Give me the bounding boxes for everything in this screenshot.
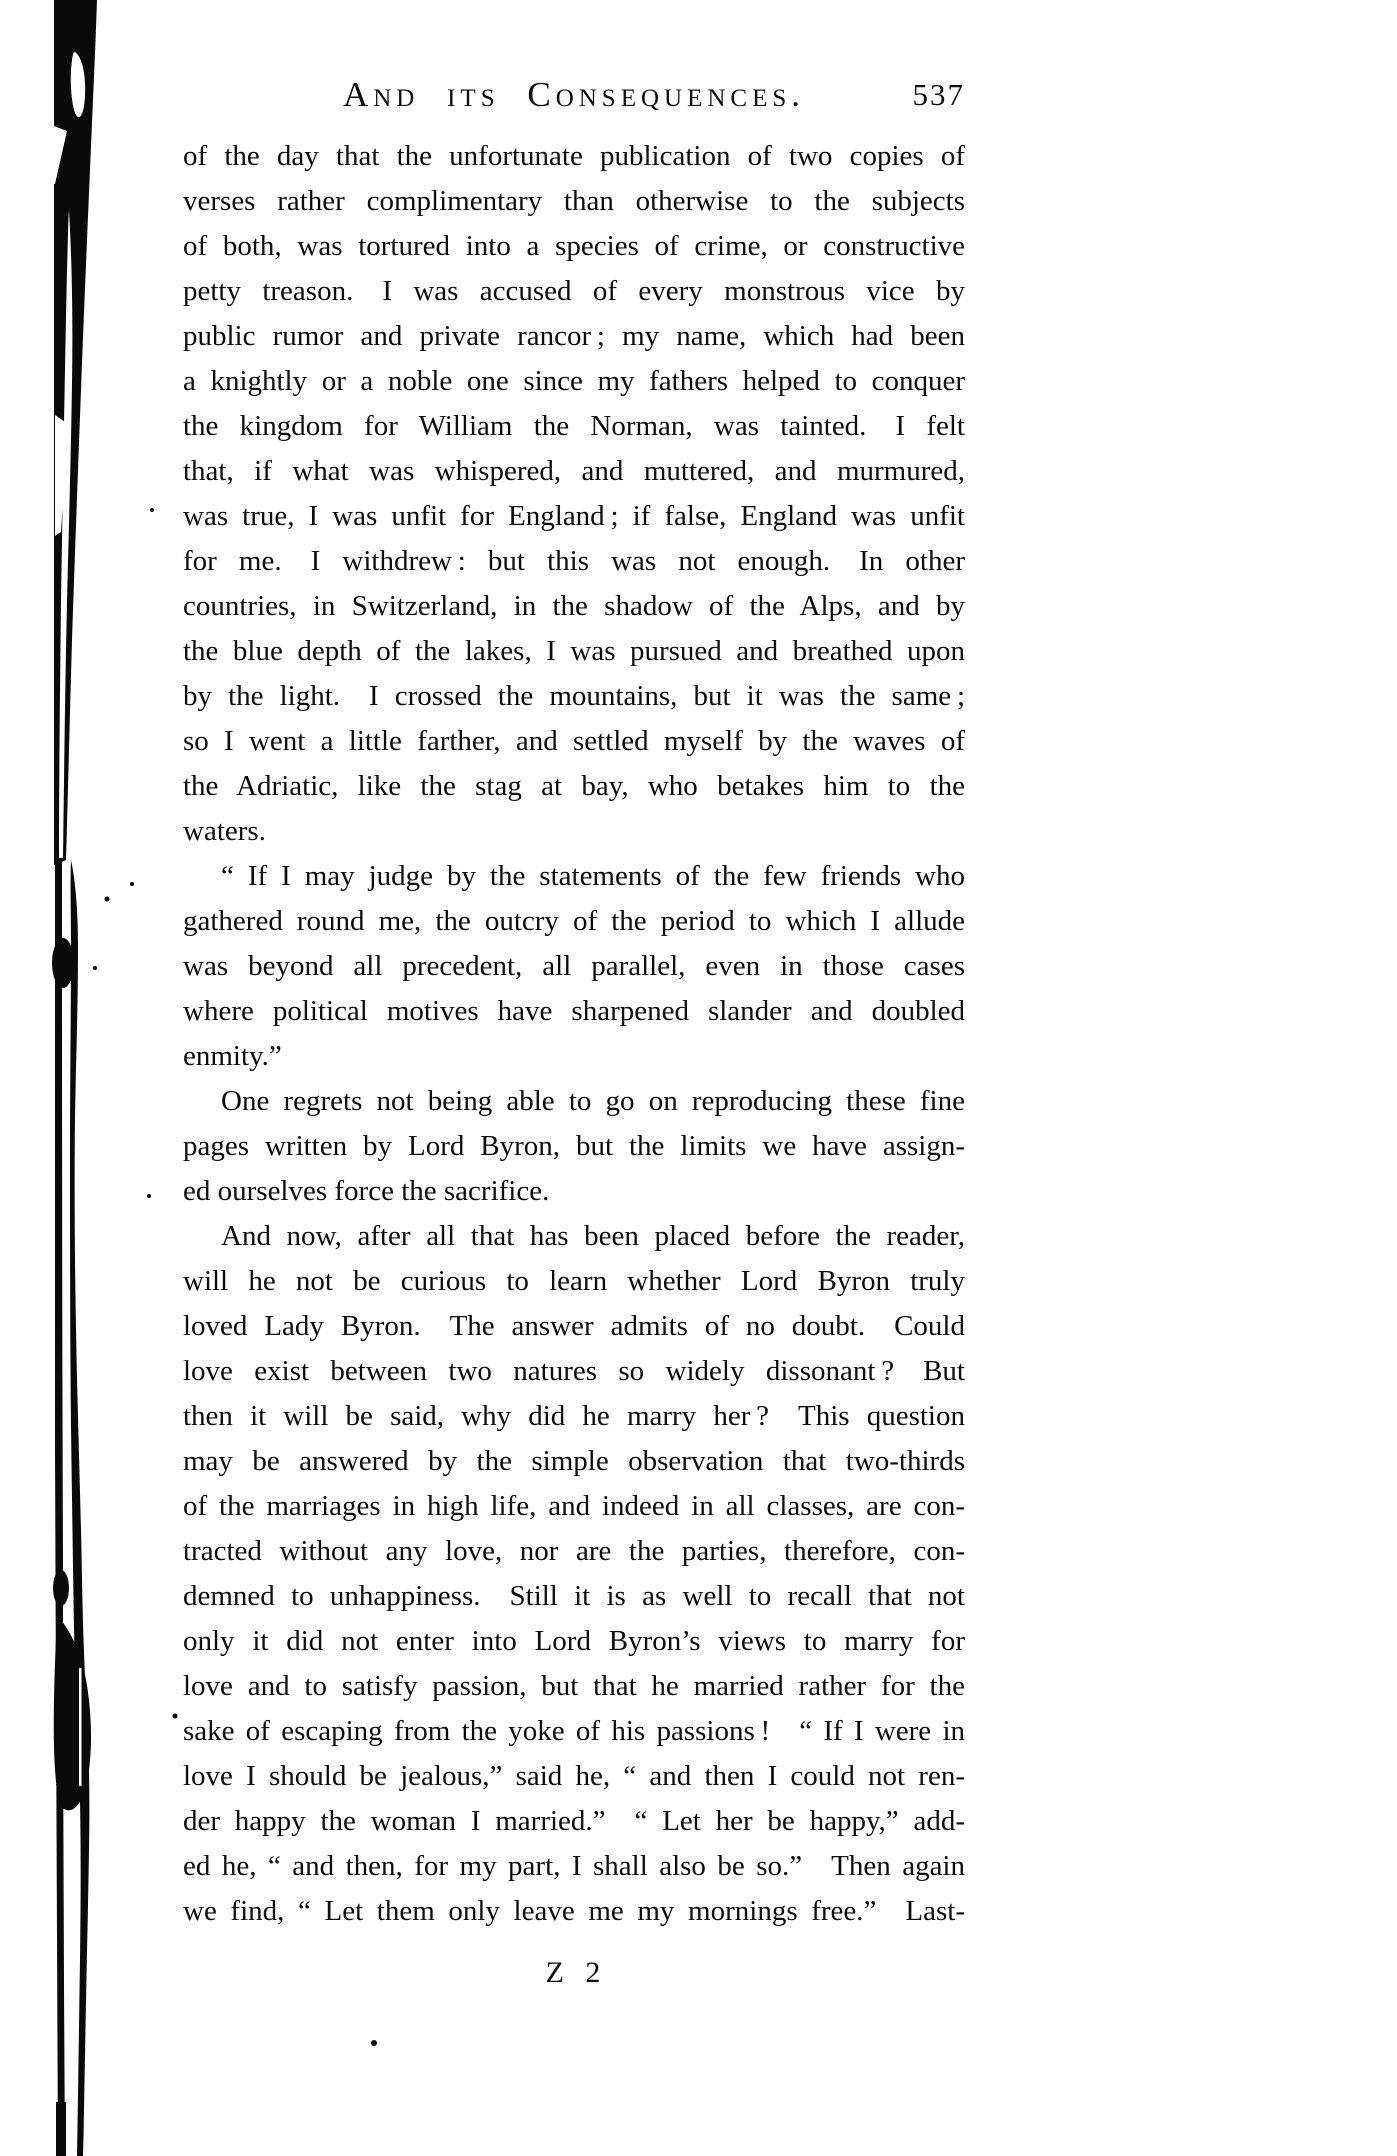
body-text: of the day that the unfortunate publicat…: [183, 134, 965, 1934]
text-line: then it will be said, why did he marry h…: [183, 1394, 965, 1439]
text-line: “ If I may judge by the statements of th…: [183, 854, 965, 899]
text-line: was beyond all precedent, all parallel, …: [183, 944, 965, 989]
text-line: ed ourselves force the sacrifice.: [183, 1169, 965, 1214]
running-header-title: And its Consequences.: [183, 72, 965, 118]
printers-signature: Z 2: [183, 1956, 965, 1990]
text-line: by the light. I crossed the mountains, b…: [183, 674, 965, 719]
text-line: may be answered by the simple observatio…: [183, 1439, 965, 1484]
text-line: a knightly or a noble one since my fathe…: [183, 359, 965, 404]
text-line: countries, in Switzerland, in the shadow…: [183, 584, 965, 629]
text-line: One regrets not being able to go on repr…: [183, 1079, 965, 1124]
text-line: waters.: [183, 809, 965, 854]
text-line: sake of escaping from the yoke of his pa…: [183, 1709, 965, 1754]
text-line: that, if what was whispered, and muttere…: [183, 449, 965, 494]
text-line: demned to unhappiness. Still it is as we…: [183, 1574, 965, 1619]
paragraph: of the day that the unfortunate publicat…: [183, 134, 965, 854]
text-line: verses rather complimentary than otherwi…: [183, 179, 965, 224]
text-line: of the day that the unfortunate publicat…: [183, 134, 965, 179]
text-line: gathered round me, the outcry of the per…: [183, 899, 965, 944]
paragraph: One regrets not being able to go on repr…: [183, 1079, 965, 1214]
text-line: love and to satisfy passion, but that he…: [183, 1664, 965, 1709]
text-line: will he not be curious to learn whether …: [183, 1259, 965, 1304]
text-line: tracted without any love, nor are the pa…: [183, 1529, 965, 1574]
text-line: only it did not enter into Lord Byron’s …: [183, 1619, 965, 1664]
text-line: the kingdom for William the Norman, was …: [183, 404, 965, 449]
text-line: where political motives have sharpened s…: [183, 989, 965, 1034]
text-line: of the marriages in high life, and indee…: [183, 1484, 965, 1529]
text-line: And now, after all that has been placed …: [183, 1214, 965, 1259]
text-line: the Adriatic, like the stag at bay, who …: [183, 764, 965, 809]
text-line: so I went a little farther, and settled …: [183, 719, 965, 764]
paragraph: “ If I may judge by the statements of th…: [183, 854, 965, 1079]
text-line: love exist between two natures so widely…: [183, 1349, 965, 1394]
text-line: we find, “ Let them only leave me my mor…: [183, 1889, 965, 1934]
text-line: love I should be jealous,” said he, “ an…: [183, 1754, 965, 1799]
text-line: public rumor and private rancor ; my nam…: [183, 314, 965, 359]
text-line: was true, I was unfit for England ; if f…: [183, 494, 965, 539]
text-line: for me. I withdrew : but this was not en…: [183, 539, 965, 584]
text-line: ed he, “ and then, for my part, I shall …: [183, 1844, 965, 1889]
text-line: loved Lady Byron. The answer admits of n…: [183, 1304, 965, 1349]
text-line: pages written by Lord Byron, but the lim…: [183, 1124, 965, 1169]
text-line: enmity.”: [183, 1034, 965, 1079]
paragraph: And now, after all that has been placed …: [183, 1214, 965, 1934]
book-page-scan: And its Consequences. 537 of the day tha…: [0, 0, 1397, 2156]
page-number: 537: [913, 72, 966, 118]
text-line: the blue depth of the lakes, I was pursu…: [183, 629, 965, 674]
running-header: And its Consequences. 537: [183, 72, 965, 118]
text-line: petty treason. I was accused of every mo…: [183, 269, 965, 314]
text-line: of both, was tortured into a species of …: [183, 224, 965, 269]
text-line: der happy the woman I married.” “ Let he…: [183, 1799, 965, 1844]
